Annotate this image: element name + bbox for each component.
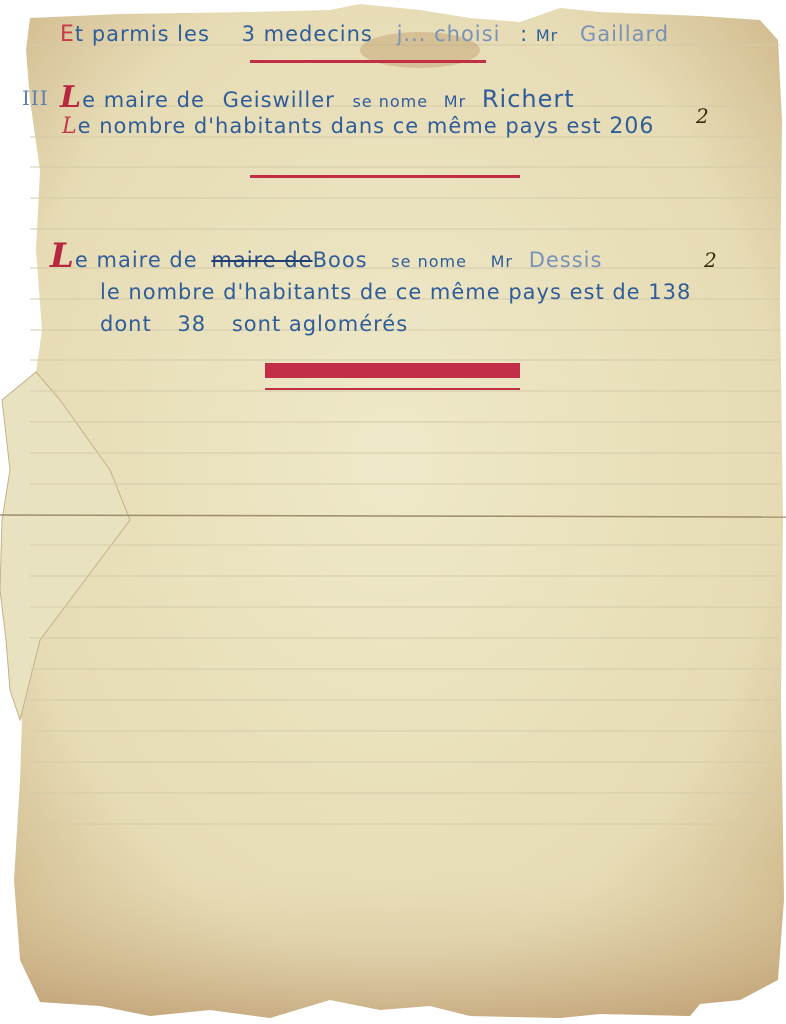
faded-text: j... choisi [397, 22, 501, 46]
initial-letter: E [60, 22, 75, 47]
title-abbrev: Mr [444, 92, 466, 111]
title-abbrev: Mr [491, 252, 513, 271]
text-fragment: le nombre d'habitants de ce même pays es… [100, 280, 641, 304]
initial-letter: L [60, 80, 82, 115]
line-agglomeres: dont 38 sont aglomérés [100, 312, 408, 336]
text-fragment: sont aglomérés [232, 312, 408, 336]
text-fragment: e nombre d'habitants dans ce même pays e… [78, 114, 602, 138]
person-name: Richert [482, 85, 575, 113]
text-fragment: e maire de [82, 88, 205, 112]
section-number: III [22, 86, 49, 110]
text-fragment: se nome [352, 92, 428, 111]
town-name: Geiswiller [223, 88, 335, 112]
initial-letter: L [50, 236, 75, 276]
text-fragment: dont [100, 312, 152, 336]
grade-mark: 2 [696, 104, 709, 128]
person-name: Gaillard [580, 22, 669, 46]
text-fragment: : [520, 22, 528, 46]
population-value: 138 [648, 280, 691, 304]
town-name: Boos [313, 248, 368, 272]
red-bar [265, 363, 520, 378]
population-value: 206 [609, 114, 654, 139]
agglomerated-value: 38 [177, 312, 206, 336]
title-abbrev: Mr [536, 26, 558, 45]
line-maire-boos: Le maire de maire deBoos se nome Mr Dess… [50, 236, 602, 276]
red-underline [250, 60, 486, 63]
line-habitants-geiswiller: Le nombre d'habitants dans ce même pays … [62, 114, 654, 139]
initial-letter: L [62, 114, 78, 139]
grade-mark: 2 [704, 248, 717, 272]
struck-text: maire de [211, 248, 312, 272]
line-maire-geiswiller: Le maire de Geiswiller se nome Mr Richer… [60, 80, 575, 115]
paper-sheet [0, 0, 786, 1024]
red-separator [250, 175, 520, 178]
text-fragment: e maire de [75, 248, 198, 272]
person-name: Dessis [529, 248, 603, 272]
paper-background [0, 0, 786, 1024]
line-habitants-boos: le nombre d'habitants de ce même pays es… [100, 280, 691, 304]
text-fragment: t parmis les [75, 22, 210, 46]
line-medecins: Et parmis les 3 medecins j... choisi : M… [60, 22, 669, 47]
red-underline [265, 388, 520, 390]
text-fragment: se nome [391, 252, 467, 271]
text-fragment: 3 medecins [242, 22, 373, 46]
